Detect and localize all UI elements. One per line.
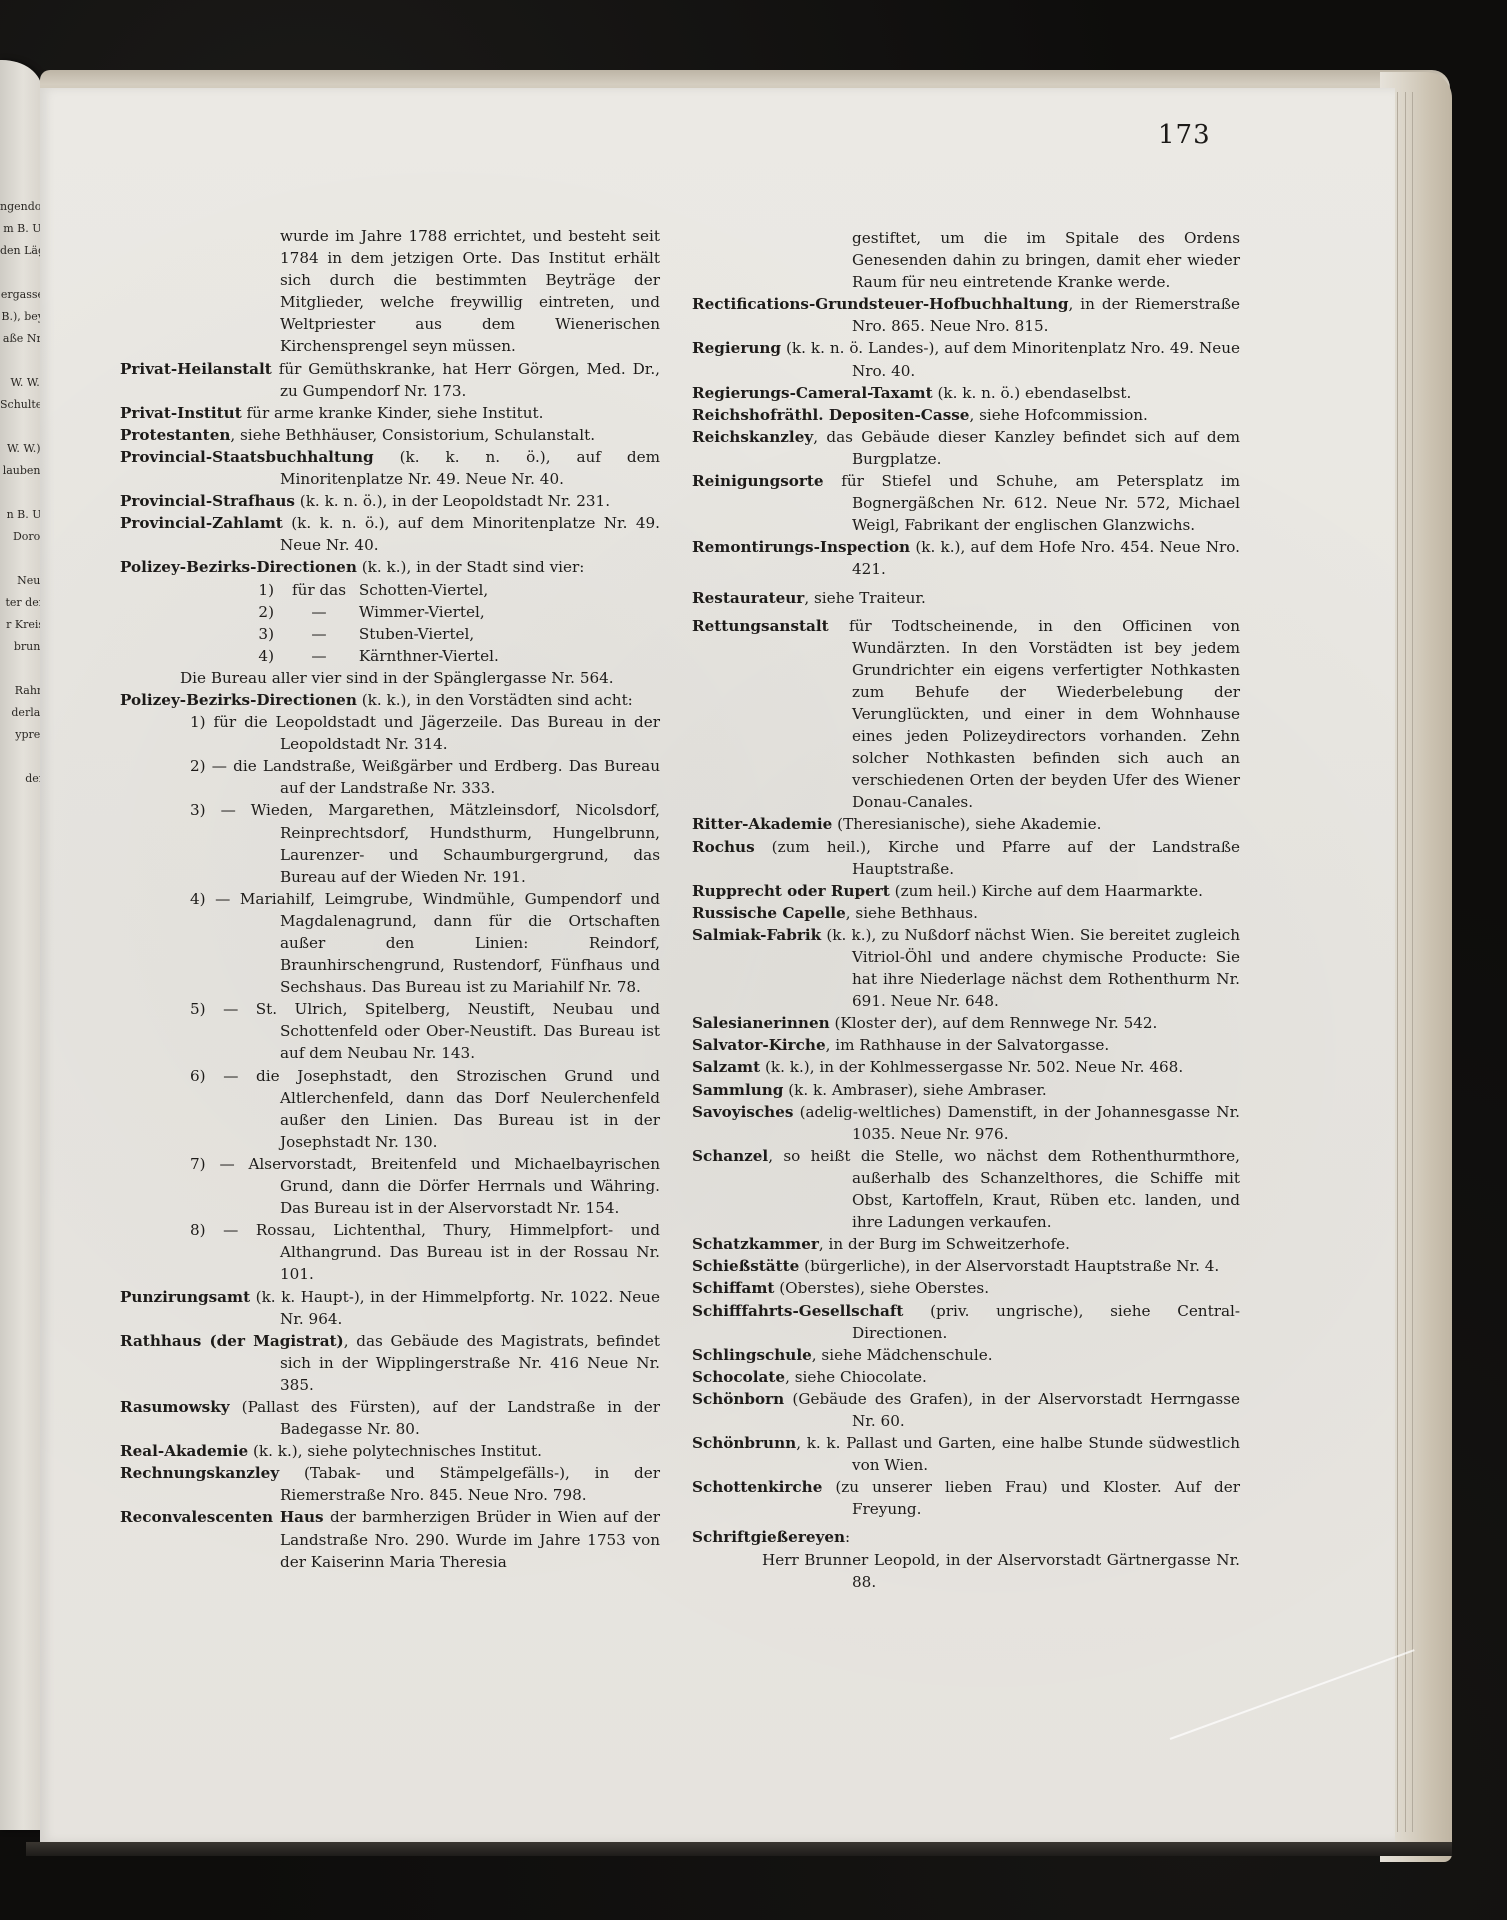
entry-text: , siehe Chiocolate. <box>785 1368 927 1386</box>
entry-text: , in der Burg im Schweitzerhofe. <box>819 1235 1070 1253</box>
entry-headword: Schönbrunn <box>692 1434 796 1452</box>
entry-headword: Protestanten <box>120 426 230 444</box>
directory-entry: Salvator-Kirche, im Rathhause in der Sal… <box>692 1034 1240 1056</box>
directory-entry: Schottenkirche (zu unserer lieben Frau) … <box>692 1476 1240 1520</box>
entry-headword: Restaurateur <box>692 589 804 607</box>
item-number: 3) <box>230 623 274 645</box>
left-page-text-fragment: ngendorf <box>0 200 42 213</box>
directory-entry: Salesianerinnen (Kloster der), auf dem R… <box>692 1012 1240 1034</box>
entry-headword: Regierung <box>692 339 781 357</box>
continued-text: gestiftet, um die im Spitale des Ordens … <box>692 227 1240 293</box>
district-text: — Rossau, Lichtenthal, Thury, Himmelpfor… <box>223 1221 660 1283</box>
left-page-text-fragment: W. W.), <box>0 442 42 455</box>
entry-text: für Stiefel und Schuhe, am Petersplatz i… <box>824 472 1240 534</box>
directory-entry: Rectifications-Grundsteuer-Hofbuchhaltun… <box>692 293 1240 337</box>
directory-entry: Polizey-Bezirks-Directionen (k. k.), in … <box>120 689 660 711</box>
entry-headword: Ritter-Akademie <box>692 815 832 833</box>
entry-headword: Salvator-Kirche <box>692 1036 826 1054</box>
left-page-text-fragment: aße Nr. <box>0 332 42 345</box>
city-quarter-item: 2)— Wimmer-Viertel, <box>120 601 660 623</box>
city-quarter-item: 1)für das Schotten-Viertel, <box>120 579 660 601</box>
item-number: 4) <box>190 890 215 908</box>
left-page-text-fragment: Neu- <box>0 574 42 587</box>
left-page-text-fragment: der <box>0 772 42 785</box>
entry-headword: Schönborn <box>692 1390 784 1408</box>
left-page-text-fragment: B.), bey <box>0 310 42 323</box>
item-number: 5) <box>190 1000 223 1018</box>
entry-headword: Reconvalescenten Haus <box>120 1508 324 1526</box>
suburb-district-item: 6) — die Josephstadt, den Strozischen Gr… <box>120 1065 660 1153</box>
entry-text: der barmherzigen Brüder in Wien auf der … <box>280 1508 660 1570</box>
entry-headword: Schießstätte <box>692 1257 799 1275</box>
entry-headword: Reinigungsorte <box>692 472 824 490</box>
directory-entry: Remontirungs-Inspection (k. k.), auf dem… <box>692 536 1240 580</box>
entry-headword: Privat-Institut <box>120 404 242 422</box>
item-number: 6) <box>190 1067 223 1085</box>
entry-text: (zu unserer lieben Frau) und Kloster. Au… <box>822 1478 1240 1518</box>
entry-headword: Rettungsanstalt <box>692 617 829 635</box>
entry-headword: Regierungs-Cameral-Taxamt <box>692 384 933 402</box>
directory-entry: Salzamt (k. k.), in der Kohlmessergasse … <box>692 1056 1240 1078</box>
directory-entry: Salmiak-Fabrik (k. k.), zu Nußdorf nächs… <box>692 924 1240 1012</box>
suburb-district-item: 5) — St. Ulrich, Spitelberg, Neustift, N… <box>120 998 660 1064</box>
entry-headword: Provincial-Staatsbuchhaltung <box>120 448 374 466</box>
entry-headword: Schatzkammer <box>692 1235 819 1253</box>
item-number: 3) <box>190 801 221 819</box>
entry-text: (k. k. n. ö.), auf dem Minoritenplatze N… <box>280 514 660 554</box>
entry-text: , siehe Bethhäuser, Consistorium, Schula… <box>230 426 595 444</box>
entry-text: (k. k. n. ö. Landes-), auf dem Minoriten… <box>781 339 1240 379</box>
page-number: 173 <box>1158 120 1211 150</box>
entry-headword: Salesianerinnen <box>692 1014 830 1032</box>
directory-entry: Restaurateur, siehe Traiteur. <box>692 587 1240 609</box>
item-number: 1) <box>190 713 214 731</box>
entry-headword: Schanzel <box>692 1147 768 1165</box>
entry-text: : <box>845 1528 850 1546</box>
entry-text: , im Rathhause in der Salvatorgasse. <box>826 1036 1110 1054</box>
entry-headword: Rechnungskanzley <box>120 1464 279 1482</box>
entry-headword: Rasumowsky <box>120 1398 230 1416</box>
directory-entry: Privat-Heilanstalt für Gemüthskranke, ha… <box>120 358 660 402</box>
directory-entry: Reichshofräthl. Depositen-Casse, siehe H… <box>692 404 1240 426</box>
entry-text: (k. k. n. ö.) ebendaselbst. <box>933 384 1132 402</box>
entry-text: , k. k. Pallast und Garten, eine halbe S… <box>796 1434 1240 1474</box>
continued-text: wurde im Jahre 1788 errichtet, und beste… <box>120 225 660 358</box>
entry-text: (bürgerliche), in der Alservorstadt Haup… <box>799 1257 1219 1275</box>
entry-text: (k. k. Ambraser), siehe Ambraser. <box>783 1081 1046 1099</box>
left-page-text-fragment: den Läge <box>0 244 42 257</box>
directory-entry: Regierung (k. k. n. ö. Landes-), auf dem… <box>692 337 1240 381</box>
directory-entry: Rasumowsky (Pallast des Fürsten), auf de… <box>120 1396 660 1440</box>
entry-text: (zum heil.) Kirche auf dem Haarmarkte. <box>890 882 1203 900</box>
district-text: — Alservorstadt, Breitenfeld und Michael… <box>219 1155 660 1217</box>
directory-entry: Schatzkammer, in der Burg im Schweitzerh… <box>692 1233 1240 1255</box>
directory-entry: Real-Akademie (k. k.), siehe polytechnis… <box>120 1440 660 1462</box>
entry-headword: Provincial-Zahlamt <box>120 514 283 532</box>
directory-entry: Reconvalescenten Haus der barmherzigen B… <box>120 1506 660 1572</box>
left-page-text-fragment: Doro- <box>0 530 42 543</box>
left-page-text-fragment: ergasse <box>0 288 42 301</box>
entry-headword: Sammlung <box>692 1081 783 1099</box>
entry-text: , so heißt die Stelle, wo nächst dem Rot… <box>768 1147 1240 1231</box>
paper-crease <box>1170 1649 1415 1740</box>
item-number: 8) <box>190 1221 223 1239</box>
directory-entry: Reinigungsorte für Stiefel und Schuhe, a… <box>692 470 1240 536</box>
entry-text: (k. k. Haupt-), in der Himmelpfortg. Nr.… <box>250 1288 660 1328</box>
directory-entry: Polizey-Bezirks-Directionen (k. k.), in … <box>120 556 660 578</box>
entry-text: , siehe Traiteur. <box>804 589 925 607</box>
left-page-text-fragment: lauben, <box>0 464 42 477</box>
entry-headword: Schocolate <box>692 1368 785 1386</box>
entry-headword: Schriftgießereyen <box>692 1528 845 1546</box>
directory-entry: Rochus (zum heil.), Kirche und Pfarre au… <box>692 836 1240 880</box>
entry-headword: Salzamt <box>692 1058 760 1076</box>
item-number: 1) <box>230 579 274 601</box>
entry-headword: Polizey-Bezirks-Directionen <box>120 691 357 709</box>
entry-text: für Todtscheinende, in den Officinen von… <box>829 617 1240 812</box>
directory-entry: Rathhaus (der Magistrat), das Gebäude de… <box>120 1330 660 1396</box>
directory-entry: Rechnungskanzley (Tabak- und Stämpelgefä… <box>120 1462 660 1506</box>
district-text: — St. Ulrich, Spitelberg, Neustift, Neub… <box>223 1000 660 1062</box>
item-prefix: — <box>284 601 354 623</box>
left-page-text-fragment: W. W.) <box>0 376 42 389</box>
entry-text: (priv. ungrische), siehe Central-Directi… <box>852 1302 1240 1342</box>
quarter-name: Wimmer-Viertel, <box>354 603 485 621</box>
entry-text: (Theresianische), siehe Akademie. <box>832 815 1101 833</box>
entry-headword: Savoyisches <box>692 1103 793 1121</box>
entry-text: (Gebäude des Grafen), in der Alservorsta… <box>784 1390 1240 1430</box>
suburb-district-item: 7) — Alservorstadt, Breitenfeld und Mich… <box>120 1153 660 1219</box>
entry-headword: Rectifications-Grundsteuer-Hofbuchhaltun… <box>692 295 1069 313</box>
entry-headword: Rupprecht oder Rupert <box>692 882 890 900</box>
entry-headword: Polizey-Bezirks-Directionen <box>120 558 357 576</box>
item-number: 4) <box>230 645 274 667</box>
directory-entry: Reichskanzley, das Gebäude dieser Kanzle… <box>692 426 1240 470</box>
entry-text: für Gemüthskranke, hat Herr Görgen, Med.… <box>272 360 660 400</box>
entry-headword: Remontirungs-Inspection <box>692 538 910 556</box>
district-text: — Wieden, Margarethen, Mätzleinsdorf, Ni… <box>221 801 660 885</box>
district-text: — die Josephstadt, den Strozischen Grund… <box>223 1067 660 1151</box>
entry-headword: Salmiak-Fabrik <box>692 926 821 944</box>
directory-entry: Schönbrunn, k. k. Pallast und Garten, ei… <box>692 1432 1240 1476</box>
suburb-district-item: 4) — Mariahilf, Leimgrube, Windmühle, Gu… <box>120 888 660 998</box>
left-page-text-fragment: r Kreis <box>0 618 42 631</box>
directory-entry: Provincial-Strafhaus (k. k. n. ö.), in d… <box>120 490 660 512</box>
right-text-column: gestiftet, um die im Spitale des Ordens … <box>692 227 1240 1593</box>
entry-text: (k. k. n. ö.), in der Leopoldstadt Nr. 2… <box>295 492 610 510</box>
entry-text: (k. k.), in den Vorstädten sind acht: <box>357 691 633 709</box>
left-page-text-fragment: derla- <box>0 706 42 719</box>
directory-entry: Russische Capelle, siehe Bethhaus. <box>692 902 1240 924</box>
entry-text: (k. k.), in der Stadt sind vier: <box>357 558 585 576</box>
suburb-district-item: 2) — die Landstraße, Weißgärber und Erdb… <box>120 755 660 799</box>
entry-text: (Kloster der), auf dem Rennwege Nr. 542. <box>830 1014 1158 1032</box>
district-text: für die Leopoldstadt und Jägerzeile. Das… <box>214 713 661 753</box>
directory-entry: Provincial-Staatsbuchhaltung (k. k. n. ö… <box>120 446 660 490</box>
entry-headword: Reichshofräthl. Depositen-Casse <box>692 406 969 424</box>
entry-text: , siehe Bethhaus. <box>846 904 978 922</box>
left-text-column: wurde im Jahre 1788 errichtet, und beste… <box>120 225 660 1573</box>
quarter-name: Kärnthner-Viertel. <box>354 647 499 665</box>
directory-entry: Privat-Institut für arme kranke Kinder, … <box>120 402 660 424</box>
directory-entry: Schriftgießereyen: <box>692 1526 1240 1548</box>
page-stack-bottom-shadow <box>26 1842 1452 1856</box>
directory-entry: Schiffamt (Oberstes), siehe Oberstes. <box>692 1277 1240 1299</box>
entry-headword: Reichskanzley <box>692 428 813 446</box>
entry-headword: Russische Capelle <box>692 904 846 922</box>
left-page-text-fragment: brun- <box>0 640 42 653</box>
left-page-text-fragment: ter der <box>0 596 42 609</box>
item-prefix: für das <box>284 579 354 601</box>
entry-headword: Punzirungsamt <box>120 1288 250 1306</box>
directory-entry: Rettungsanstalt für Todtscheinende, in d… <box>692 615 1240 814</box>
entry-text: (adelig-weltliches) Damenstift, in der J… <box>793 1103 1240 1143</box>
left-page-text-fragment: Rahn <box>0 684 42 697</box>
item-prefix: — <box>284 645 354 667</box>
quarter-name: Stuben-Viertel, <box>354 625 474 643</box>
quarter-name: Schotten-Viertel, <box>354 581 488 599</box>
directory-entry: Punzirungsamt (k. k. Haupt-), in der Him… <box>120 1286 660 1330</box>
entry-headword: Rathhaus (der Magistrat) <box>120 1332 344 1350</box>
left-page-text-fragment: Schulter <box>0 398 42 411</box>
directory-entry: Schlingschule, siehe Mädchenschule. <box>692 1344 1240 1366</box>
district-text: — die Landstraße, Weißgärber und Erdberg… <box>212 757 660 797</box>
directory-entry: Schießstätte (bürgerliche), in der Alser… <box>692 1255 1240 1277</box>
item-number: 7) <box>190 1155 219 1173</box>
bureau-note: Die Bureau aller vier sind in der Spängl… <box>120 667 660 689</box>
directory-entry: Schifffahrts-Gesellschaft (priv. ungrisc… <box>692 1300 1240 1344</box>
type-foundry-entry: Herr Brunner Leopold, in der Alservorsta… <box>692 1549 1240 1593</box>
left-page-text-fragment: ypre- <box>0 728 42 741</box>
entry-text: (Tabak- und Stämpelgefälls-), in der Rie… <box>279 1464 660 1504</box>
entry-text: (zum heil.), Kirche und Pfarre auf der L… <box>755 838 1240 878</box>
city-quarter-item: 4)— Kärnthner-Viertel. <box>120 645 660 667</box>
item-number: 2) <box>190 757 212 775</box>
suburb-district-item: 1) für die Leopoldstadt und Jägerzeile. … <box>120 711 660 755</box>
suburb-district-item: 8) — Rossau, Lichtenthal, Thury, Himmelp… <box>120 1219 660 1285</box>
entry-text: (k. k.), auf dem Hofe Nro. 454. Neue Nro… <box>852 538 1240 578</box>
entry-headword: Provincial-Strafhaus <box>120 492 295 510</box>
city-quarter-item: 3)— Stuben-Viertel, <box>120 623 660 645</box>
entry-headword: Schlingschule <box>692 1346 812 1364</box>
entry-headword: Schifffahrts-Gesellschaft <box>692 1302 903 1320</box>
entry-text: (k. k.), zu Nußdorf nächst Wien. Sie ber… <box>821 926 1240 1010</box>
directory-entry: Regierungs-Cameral-Taxamt (k. k. n. ö.) … <box>692 382 1240 404</box>
entry-headword: Schottenkirche <box>692 1478 822 1496</box>
entry-text: (Oberstes), siehe Oberstes. <box>774 1279 989 1297</box>
directory-entry: Rupprecht oder Rupert (zum heil.) Kirche… <box>692 880 1240 902</box>
directory-entry: Sammlung (k. k. Ambraser), siehe Ambrase… <box>692 1079 1240 1101</box>
directory-entry: Protestanten, siehe Bethhäuser, Consisto… <box>120 424 660 446</box>
entry-text: , siehe Mädchenschule. <box>812 1346 993 1364</box>
entry-text: , das Gebäude dieser Kanzley befindet si… <box>813 428 1240 468</box>
item-prefix: — <box>284 623 354 645</box>
entry-headword: Rochus <box>692 838 755 856</box>
entry-text: (k. k.), in der Kohlmessergasse Nr. 502.… <box>760 1058 1183 1076</box>
left-facing-page: ngendorfm B. U.den LägeergasseB.), beyaß… <box>0 60 42 1830</box>
directory-entry: Schanzel, so heißt die Stelle, wo nächst… <box>692 1145 1240 1233</box>
directory-entry: Savoyisches (adelig-weltliches) Damensti… <box>692 1101 1240 1145</box>
entry-text: für arme kranke Kinder, siehe Institut. <box>242 404 544 422</box>
suburb-district-item: 3) — Wieden, Margarethen, Mätzleinsdorf,… <box>120 799 660 887</box>
directory-entry: Schocolate, siehe Chiocolate. <box>692 1366 1240 1388</box>
entry-text: , siehe Hofcommission. <box>969 406 1147 424</box>
directory-entry: Schönborn (Gebäude des Grafen), in der A… <box>692 1388 1240 1432</box>
left-page-text-fragment: n B. U. <box>0 508 42 521</box>
entry-headword: Real-Akademie <box>120 1442 248 1460</box>
entry-headword: Schiffamt <box>692 1279 774 1297</box>
left-page-text-fragment: m B. U. <box>0 222 42 235</box>
entry-text: (k. k.), siehe polytechnisches Institut. <box>248 1442 542 1460</box>
entry-headword: Privat-Heilanstalt <box>120 360 272 378</box>
directory-entry: Provincial-Zahlamt (k. k. n. ö.), auf de… <box>120 512 660 556</box>
entry-text: (Pallast des Fürsten), auf der Landstraß… <box>230 1398 660 1438</box>
directory-entry: Ritter-Akademie (Theresianische), siehe … <box>692 813 1240 835</box>
district-text: — Mariahilf, Leimgrube, Windmühle, Gumpe… <box>215 890 660 996</box>
item-number: 2) <box>230 601 274 623</box>
